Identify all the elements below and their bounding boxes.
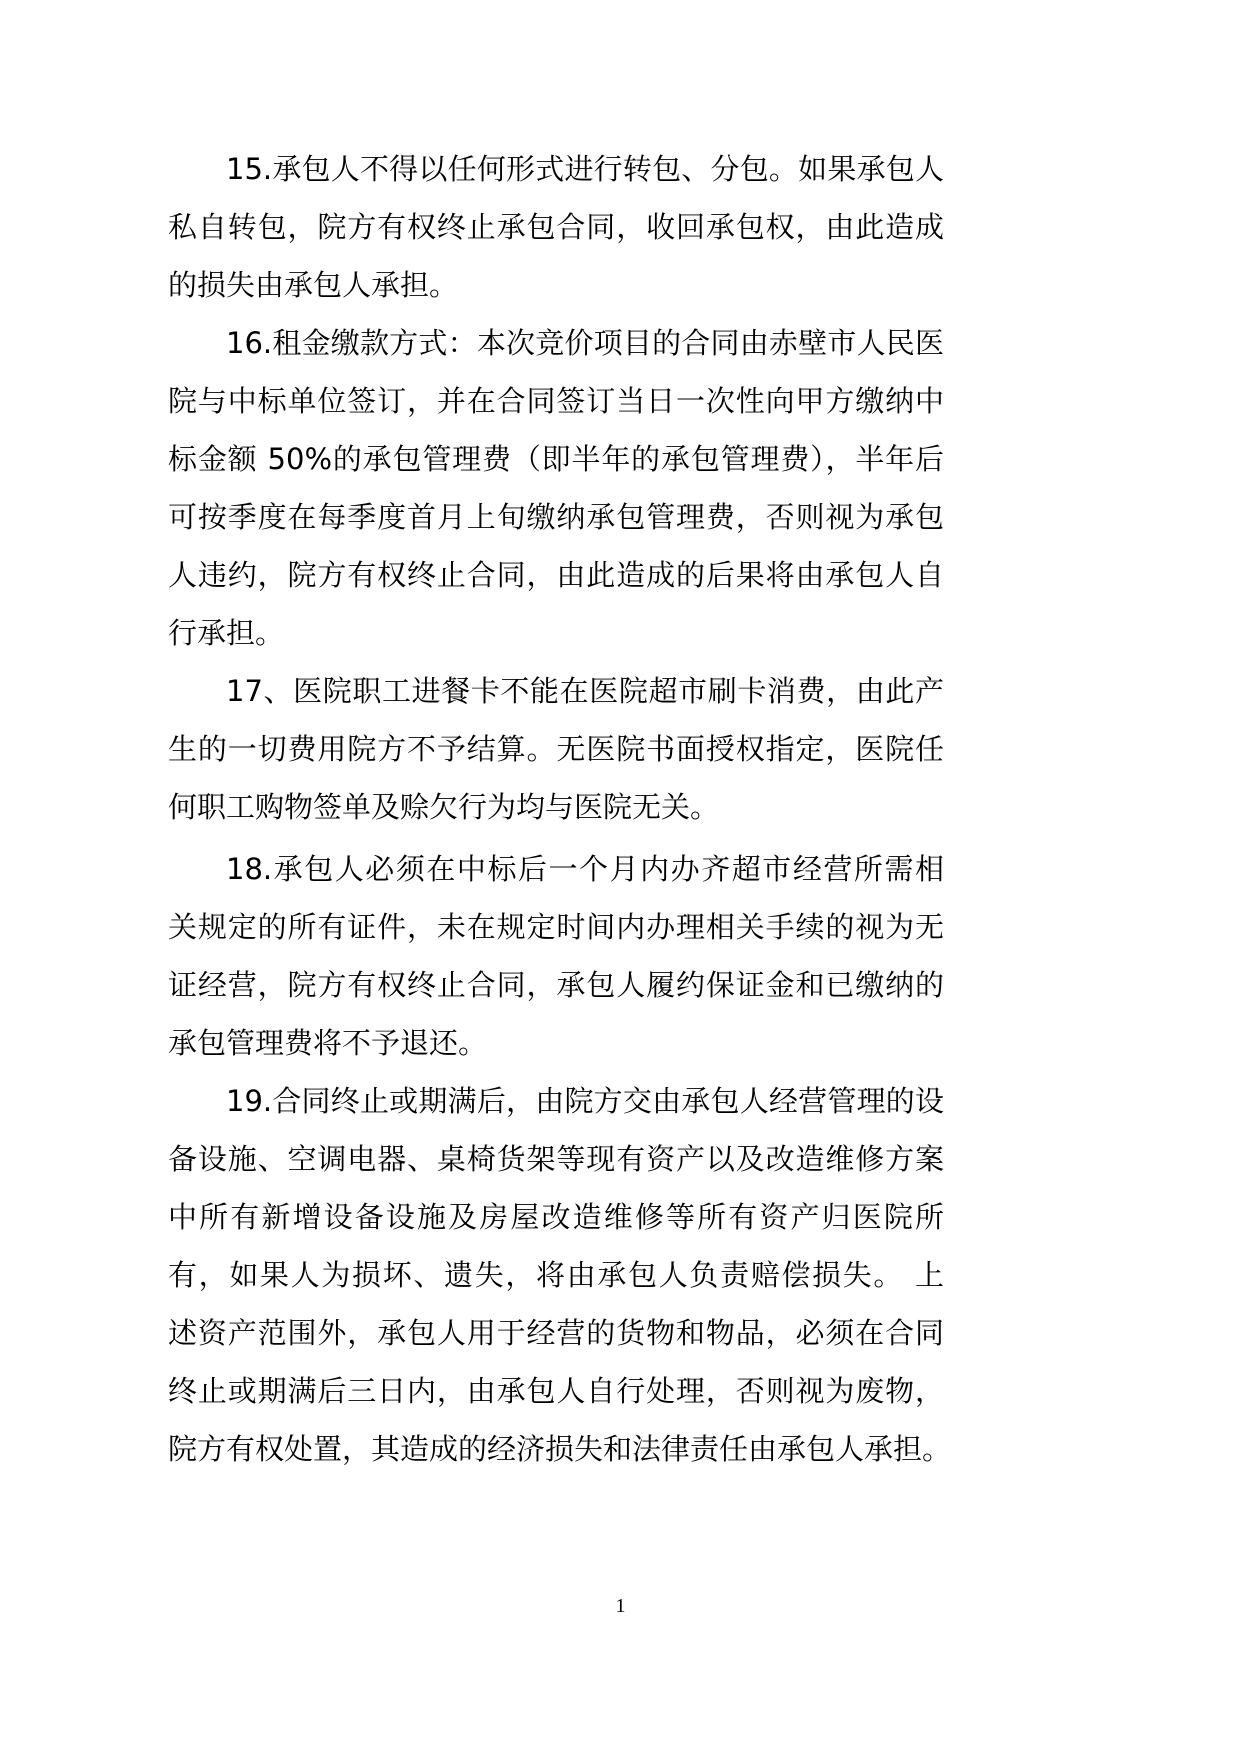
clause-line: 可按季度在每季度首月上旬缴纳承包管理费，否则视为承包 (168, 488, 944, 546)
clause-line: 人违约，院方有权终止合同，由此造成的后果将由承包人自 (168, 546, 944, 604)
clause-18: 18.承包人必须在中标后一个月内办齐超市经营所需相 关规定的所有证件，未在规定时… (168, 840, 944, 1072)
clause-line: 终止或期满后三日内，由承包人自行处理，否则视为废物， (168, 1362, 944, 1420)
clause-15: 15.承包人不得以任何形式进行转包、分包。如果承包人 私自转包，院方有权终止承包… (168, 140, 944, 314)
document-page: 15.承包人不得以任何形式进行转包、分包。如果承包人 私自转包，院方有权终止承包… (0, 0, 1241, 1755)
clause-line: 有，如果人为损坏、遗失，将由承包人负责赔偿损失。 上 (168, 1246, 944, 1304)
document-body: 15.承包人不得以任何形式进行转包、分包。如果承包人 私自转包，院方有权终止承包… (168, 140, 944, 1478)
clause-17: 17、医院职工进餐卡不能在医院超市刷卡消费，由此产 生的一切费用院方不予结算。无… (168, 662, 944, 836)
clause-line: 院方有权处置，其造成的经济损失和法律责任由承包人承担。 (168, 1420, 944, 1478)
clause-line: 生的一切费用院方不予结算。无医院书面授权指定，医院任 (168, 720, 944, 778)
clause-19: 19.合同终止或期满后，由院方交由承包人经营管理的设 备设施、空调电器、桌椅货架… (168, 1072, 944, 1478)
clause-line: 19.合同终止或期满后，由院方交由承包人经营管理的设 (168, 1072, 944, 1130)
clause-line: 院与中标单位签订，并在合同签订当日一次性向甲方缴纳中 (168, 372, 944, 430)
clause-line: 承包管理费将不予退还。 (168, 1014, 944, 1072)
clause-line: 关规定的所有证件，未在规定时间内办理相关手续的视为无 (168, 898, 944, 956)
clause-line: 16.租金缴款方式：本次竞价项目的合同由赤壁市人民医 (168, 314, 944, 372)
clause-line: 中所有新增设备设施及房屋改造维修等所有资产归医院所 (168, 1188, 944, 1246)
clause-line: 17、医院职工进餐卡不能在医院超市刷卡消费，由此产 (168, 662, 944, 720)
clause-16: 16.租金缴款方式：本次竞价项目的合同由赤壁市人民医 院与中标单位签订，并在合同… (168, 314, 944, 662)
page-number: 1 (0, 1595, 1241, 1618)
clause-line: 标金额 50%的承包管理费（即半年的承包管理费），半年后 (168, 430, 944, 488)
clause-line: 行承担。 (168, 604, 944, 662)
clause-line: 18.承包人必须在中标后一个月内办齐超市经营所需相 (168, 840, 944, 898)
clause-line: 述资产范围外，承包人用于经营的货物和物品，必须在合同 (168, 1304, 944, 1362)
clause-line: 15.承包人不得以任何形式进行转包、分包。如果承包人 (168, 140, 944, 198)
clause-line: 备设施、空调电器、桌椅货架等现有资产以及改造维修方案 (168, 1130, 944, 1188)
clause-line: 证经营，院方有权终止合同，承包人履约保证金和已缴纳的 (168, 956, 944, 1014)
clause-line: 何职工购物签单及赊欠行为均与医院无关。 (168, 778, 944, 836)
clause-line: 的损失由承包人承担。 (168, 256, 944, 314)
clause-line: 私自转包，院方有权终止承包合同，收回承包权，由此造成 (168, 198, 944, 256)
